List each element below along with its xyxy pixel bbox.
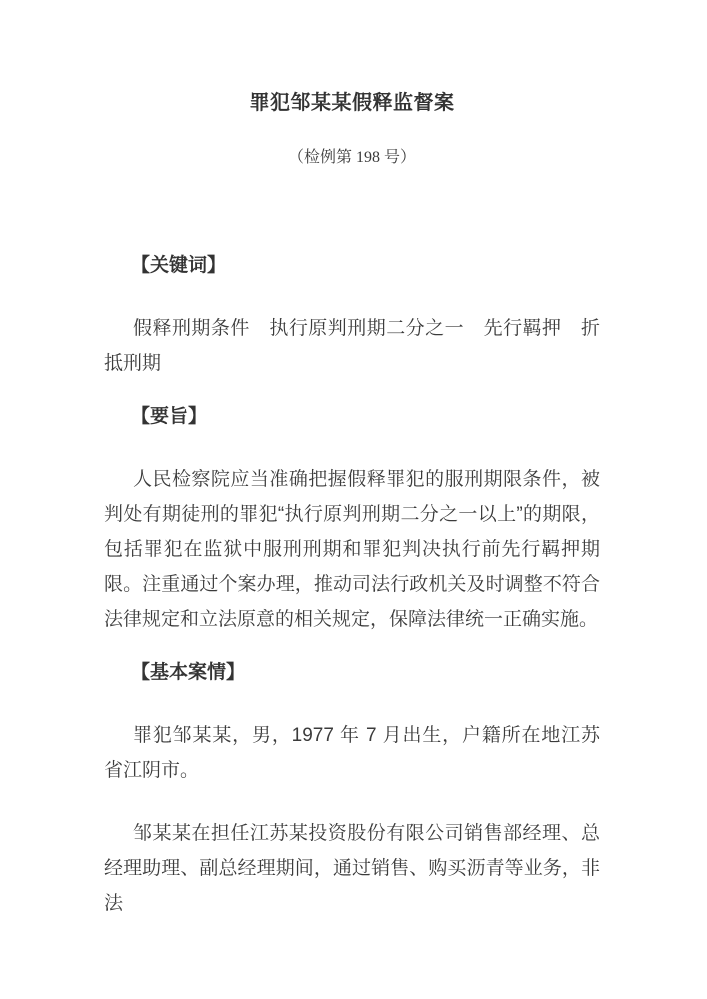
basic-facts-paragraph-1: 罪犯邹某某，男，1977 年 7 月出生，户籍所在地江苏省江阴市。 bbox=[104, 718, 600, 788]
document-page: 罪犯邹某某假释监督案 （检例第 198 号） 【关键词】 假释刑期条件 执行原判… bbox=[0, 0, 707, 999]
section-heading-keywords: 【关键词】 bbox=[104, 248, 600, 283]
section-heading-gist: 【要旨】 bbox=[104, 399, 600, 434]
case-number: （检例第 198 号） bbox=[104, 145, 600, 171]
keywords-paragraph: 假释刑期条件 执行原判刑期二分之一 先行羁押 折抵刑期 bbox=[104, 311, 600, 381]
basic-facts-paragraph-2: 邹某某在担任江苏某投资股份有限公司销售部经理、总经理助理、副总经理期间，通过销售… bbox=[104, 816, 600, 921]
document-title: 罪犯邹某某假释监督案 bbox=[104, 88, 600, 118]
section-heading-basic-facts: 【基本案情】 bbox=[104, 655, 600, 690]
gist-paragraph: 人民检察院应当准确把握假释罪犯的服刑期限条件，被判处有期徒刑的罪犯“执行原判刑期… bbox=[104, 462, 600, 637]
